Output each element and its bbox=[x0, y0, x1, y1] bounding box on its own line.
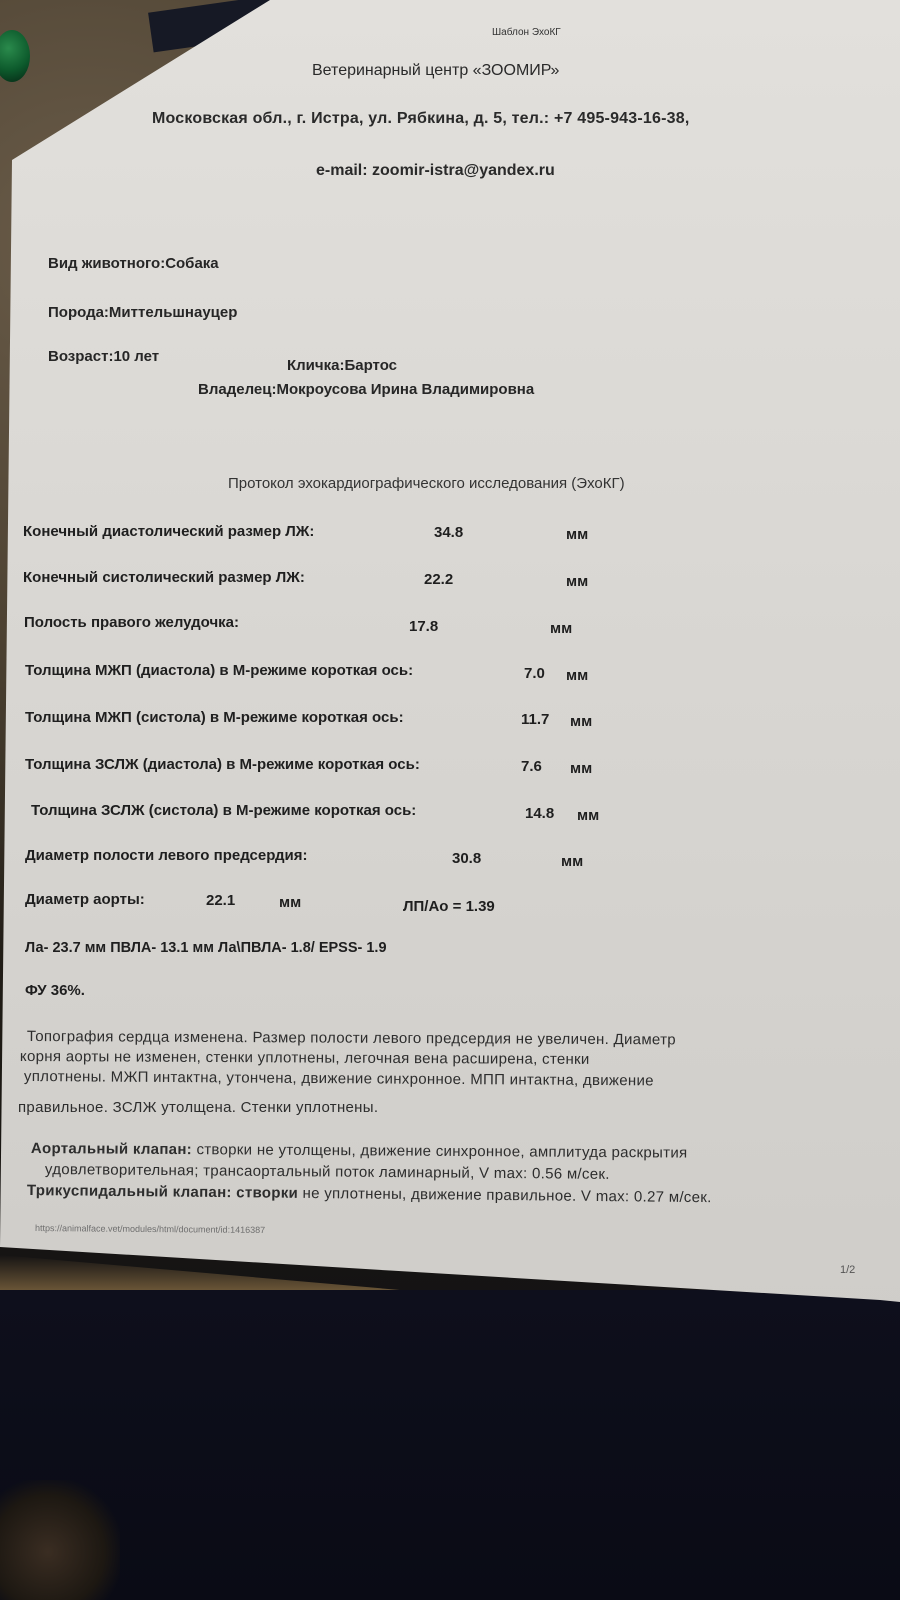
topography-line: Топография сердца изменена. Размер полос… bbox=[27, 1028, 676, 1048]
la-pvla-epss-line: Ла- 23.7 мм ПВЛА- 13.1 мм Ла\ПВЛА- 1.8/ … bbox=[25, 940, 387, 956]
measurement-unit: мм bbox=[570, 713, 592, 730]
measurement-value: 34.8 bbox=[434, 524, 463, 541]
measurement-value: 14.8 bbox=[525, 805, 554, 822]
measurement-label: Толщина МЖП (систола) в М-режиме коротка… bbox=[25, 709, 404, 726]
measurement-label: Толщина ЗСЛЖ (систола) в М-режиме коротк… bbox=[31, 802, 416, 819]
patient-species: Вид животного:Собака bbox=[48, 255, 219, 272]
patient-owner: Владелец:Мокроусова Ирина Владимировна bbox=[198, 381, 534, 398]
clinic-name: Ветеринарный центр «ЗООМИР» bbox=[312, 62, 559, 80]
measurement-value: 22.2 bbox=[424, 571, 453, 588]
page-number: 1/2 bbox=[840, 1264, 855, 1276]
aortic-valve-label: Аортальный клапан: bbox=[31, 1140, 192, 1158]
aorta-value: 22.1 bbox=[206, 892, 235, 909]
measurement-value: 30.8 bbox=[452, 850, 481, 867]
clinic-address: Московская обл., г. Истра, ул. Рябкина, … bbox=[152, 110, 689, 128]
measurement-label: Толщина ЗСЛЖ (диастола) в М-режиме корот… bbox=[25, 756, 420, 773]
fractional-shortening: ФУ 36%. bbox=[25, 982, 85, 999]
patient-age: Возраст:10 лет bbox=[48, 348, 159, 365]
measurement-unit: мм bbox=[566, 573, 588, 590]
measurement-value: 17.8 bbox=[409, 618, 438, 635]
measurement-value: 7.6 bbox=[521, 758, 542, 775]
echo-report-document: Шаблон ЭхоКГ Ветеринарный центр «ЗООМИР»… bbox=[0, 0, 900, 1320]
topography-line: уплотнены. МЖП интактна, утончена, движе… bbox=[24, 1068, 654, 1089]
aortic-valve-line-2: удовлетворительная; трансаортальный пото… bbox=[45, 1161, 610, 1183]
aorta-unit: мм bbox=[279, 894, 301, 911]
measurement-label: Диаметр полости левого предсердия: bbox=[25, 847, 307, 864]
measurement-label: Конечный диастолический размер ЛЖ: bbox=[23, 523, 314, 540]
background-dark-floor bbox=[0, 1290, 900, 1600]
measurement-unit: мм bbox=[566, 526, 588, 543]
patient-breed: Порода:Миттельшнауцер bbox=[48, 304, 237, 321]
footer-url: https://animalface.vet/modules/html/docu… bbox=[35, 1223, 265, 1235]
topography-line: правильное. ЗСЛЖ утолщена. Стенки уплотн… bbox=[18, 1099, 378, 1116]
measurement-unit: мм bbox=[570, 760, 592, 777]
measurement-unit: мм bbox=[561, 853, 583, 870]
patient-name: Кличка:Бартос bbox=[287, 357, 397, 374]
tricuspid-valve-text: не уплотнены, движение правильное. V max… bbox=[298, 1185, 712, 1206]
measurement-value: 7.0 bbox=[524, 665, 545, 682]
measurement-value: 11.7 bbox=[521, 711, 549, 728]
measurement-label: Конечный систолический размер ЛЖ: bbox=[23, 569, 305, 586]
clinic-email: e-mail: zoomir-istra@yandex.ru bbox=[316, 162, 555, 180]
measurement-label: Полость правого желудочка: bbox=[24, 614, 239, 631]
measurement-unit: мм bbox=[577, 807, 599, 824]
tricuspid-valve-line: Трикуспидальный клапан: створки не уплот… bbox=[27, 1182, 712, 1206]
measurement-unit: мм bbox=[550, 620, 572, 637]
aorta-label: Диаметр аорты: bbox=[25, 891, 145, 908]
la-ao-ratio: ЛП/Ао = 1.39 bbox=[403, 898, 495, 915]
measurement-unit: мм bbox=[566, 667, 588, 684]
measurement-label: Толщина МЖП (диастола) в М-режиме коротк… bbox=[25, 662, 413, 679]
aortic-valve-line: Аортальный клапан: створки не утолщены, … bbox=[31, 1140, 688, 1162]
protocol-title: Протокол эхокардиографического исследова… bbox=[228, 475, 625, 492]
aortic-valve-text: створки не утолщены, движение синхронное… bbox=[192, 1141, 688, 1161]
tricuspid-valve-label: Трикуспидальный клапан: створки bbox=[27, 1182, 298, 1202]
background-shadow bbox=[0, 1480, 120, 1600]
topography-line: корня аорты не изменен, стенки уплотнены… bbox=[20, 1048, 590, 1068]
template-label: Шаблон ЭхоКГ bbox=[492, 27, 561, 38]
